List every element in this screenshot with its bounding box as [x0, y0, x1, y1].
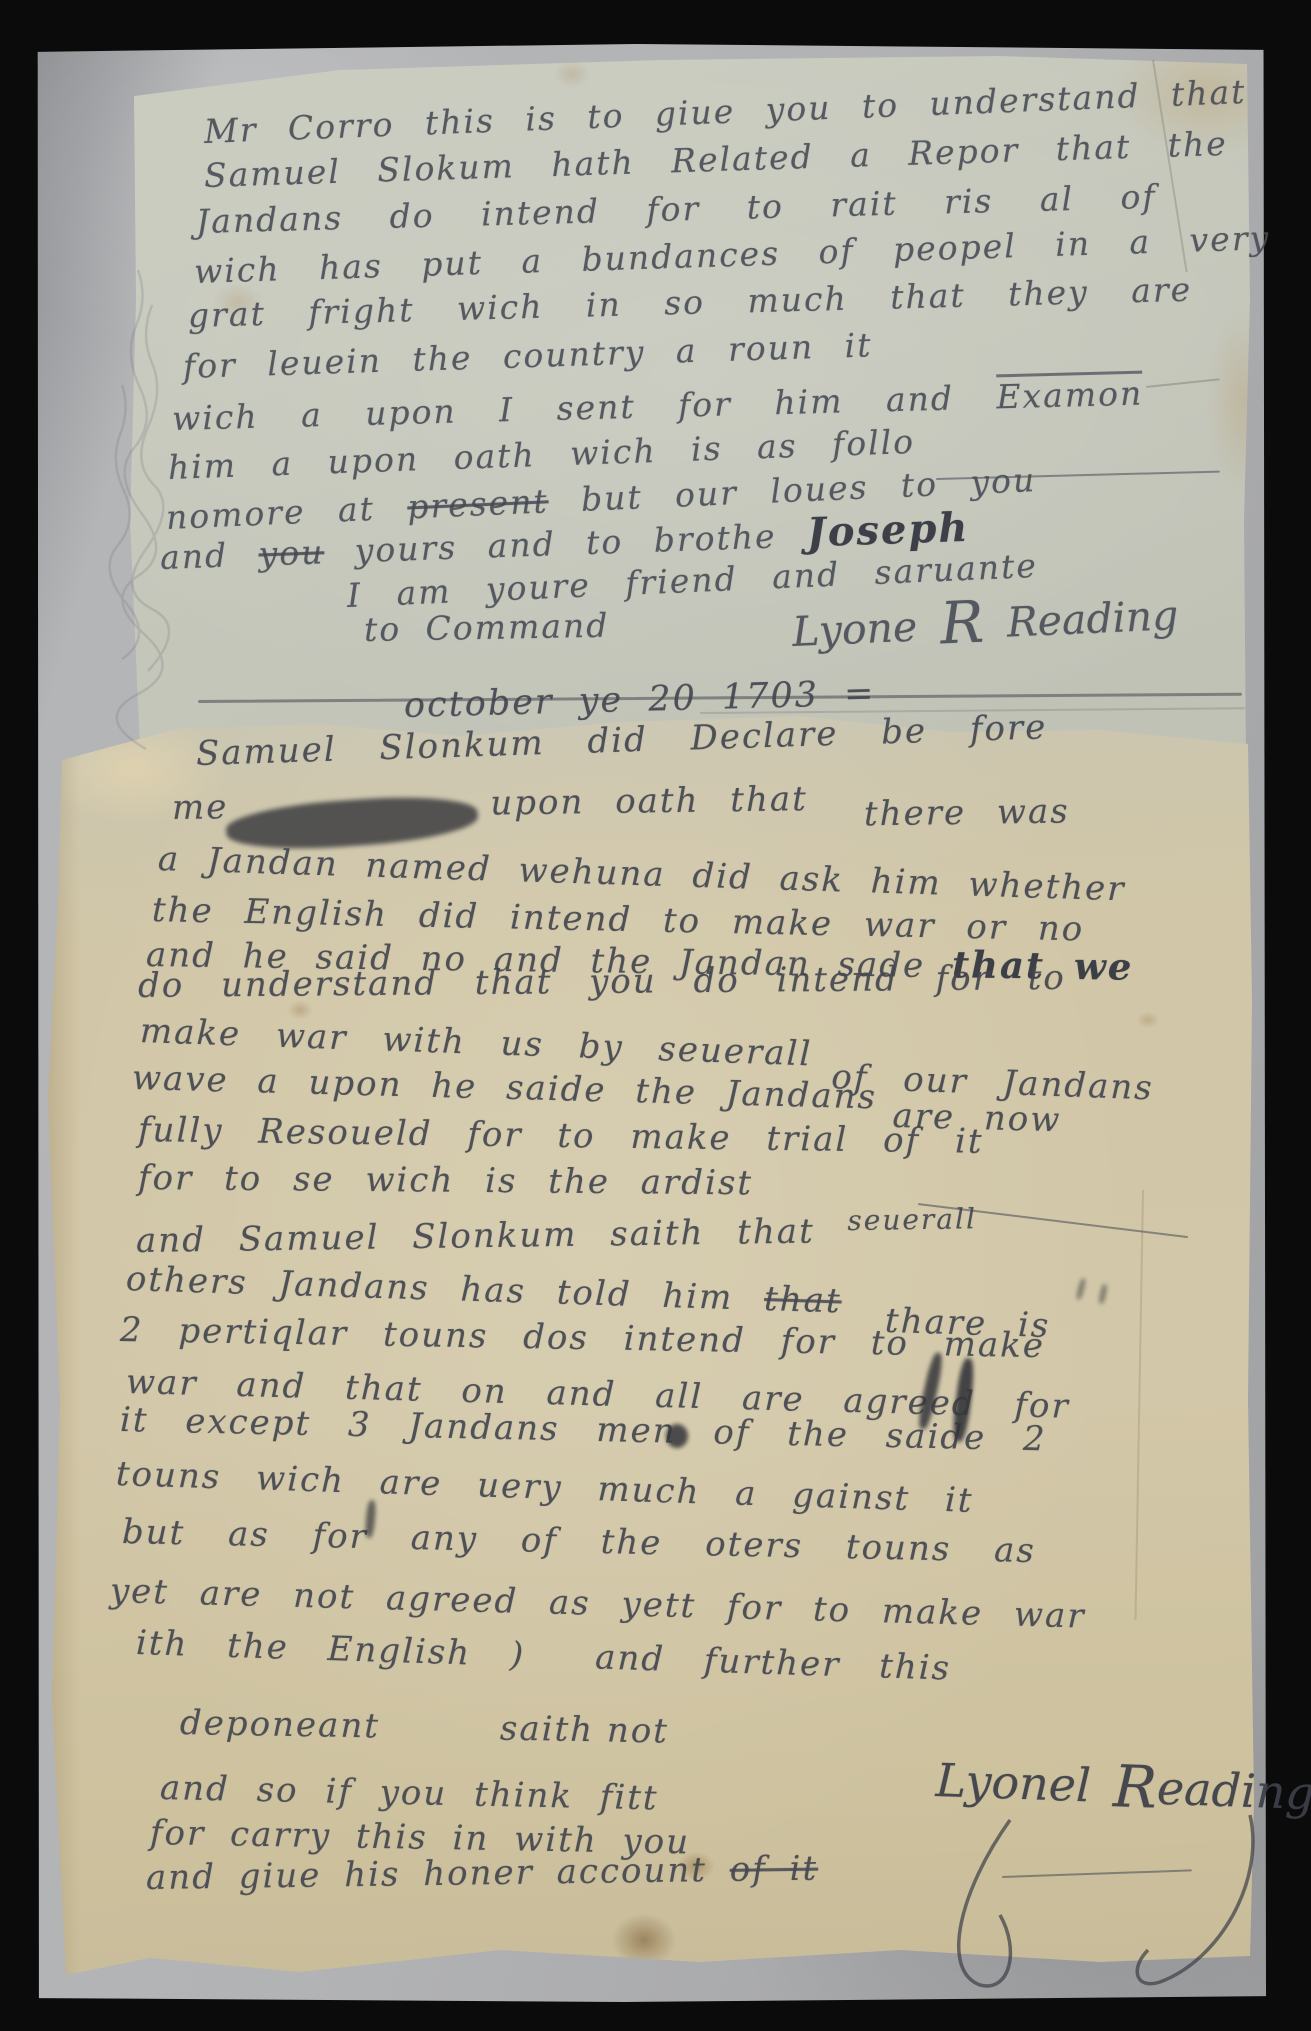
- letter-line: to Command: [364, 606, 610, 649]
- bleedthrough-marks: [100, 265, 170, 755]
- struck-word: you: [258, 532, 325, 573]
- struck-word: Examon: [996, 371, 1144, 417]
- deposition-line: do understand that you do intend for to: [138, 958, 1066, 1006]
- struck-word: of it: [729, 1849, 818, 1890]
- deposition-line: for to se wich is the ardist: [138, 1158, 753, 1203]
- manuscript-photo: Mr Corro this is to giue you to understa…: [0, 0, 1311, 2031]
- signature-initial: R: [939, 588, 986, 658]
- raised-word: seuerall: [847, 1202, 977, 1237]
- letter-line-text: and: [159, 535, 259, 577]
- signature-flourish: [920, 1810, 1300, 2010]
- struck-word: that: [764, 1279, 843, 1321]
- name-joseph: Joseph: [806, 504, 970, 557]
- ink-blot: [666, 1424, 688, 1448]
- deposition-line: deponeantsaith not: [180, 1703, 670, 1752]
- trailing-words: there was: [864, 791, 1070, 834]
